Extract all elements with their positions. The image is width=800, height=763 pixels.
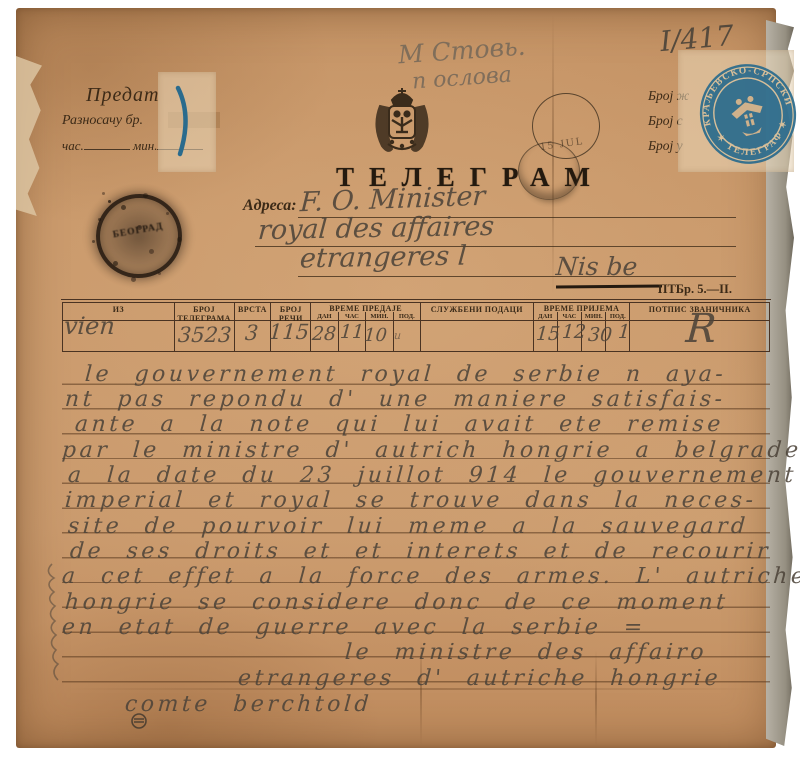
address-label: Адреса: (243, 197, 297, 215)
value-send-day: 28 (311, 323, 337, 345)
message-line-9: a cet effet a la force des armes. L' aut… (61, 564, 800, 589)
header-vrsta: ВРСТА (235, 303, 271, 321)
subheader-min: МИН. (365, 312, 392, 320)
coat-of-arms (368, 84, 436, 168)
message-line-4: par le ministre d' autrich hongrie a bel… (61, 438, 800, 463)
header-official-data: СЛУЖБЕНИ ПОДАЦИ (421, 303, 533, 321)
message-line-5: a la date du 23 juillot 914 le gouvernem… (67, 463, 798, 488)
field-raznosacu-br: Разносачу бр. (62, 113, 143, 129)
subheader-pod: ПОД. (393, 312, 420, 320)
value-telegram-no: 3523 (177, 323, 232, 347)
value-recv-min: 30 (587, 324, 613, 346)
form-code: ПТБр. 5.—II. (618, 282, 732, 297)
field-cas-label: час. (62, 138, 84, 153)
message-line-1: le gouvernement royal de serbie n aya- (84, 362, 727, 387)
message-line-3: ante a la note qui lui avait ete remise (74, 412, 725, 437)
official-signature-r: R (684, 306, 717, 352)
subheader-hour: ЧАС (338, 312, 365, 320)
subheader-day: ДАН (534, 312, 557, 320)
value-words: 115 (268, 320, 310, 344)
subheader-pod: ПОД. (605, 312, 629, 320)
message-line-14: comte berchtold (124, 692, 373, 717)
value-vrsta: 3 (244, 321, 259, 345)
value-send-pod: u (394, 329, 402, 342)
message-line-6: imperial et royal se trouve dans la nece… (64, 488, 757, 513)
value-send-hour: 11 (339, 321, 365, 343)
ink-speckles (108, 200, 111, 203)
field-min-label: мин. (133, 138, 158, 153)
subheader-min: МИН. (581, 312, 605, 320)
subheader-day: ДАН (311, 312, 337, 320)
address-rule-3 (298, 276, 736, 277)
value-recv-day: 15 (535, 323, 561, 345)
origin-handwriting: vien (63, 312, 116, 340)
margin-scribble-handwriting (40, 560, 62, 690)
header-telegram-no: БРОЈ ТЕЛЕГРАМА (175, 303, 234, 321)
header-recv-time: ВРЕМЕ ПРИЈЕМА (534, 303, 630, 312)
subheader-hour: ЧАС (557, 312, 581, 320)
header-send-time: ВРЕМЕ ПРЕДАЈЕ (311, 303, 420, 312)
archive-number-handwriting: I/417 (659, 19, 736, 58)
telegram-scan: Предат Разносачу бр. час. мин. Број ж Бр… (0, 0, 800, 763)
message-line-10: hongrie se considere donc de ce moment (64, 590, 729, 615)
belgrade-stamp-text: БЕОГРАД (99, 219, 178, 242)
message-line-7: site de pourvoir lui meme a la sauvegard (67, 514, 749, 539)
message-line-13: etrangeres d' autriche hongrie (237, 666, 722, 691)
value-recv-hour: 12 (561, 321, 587, 343)
message-line-2: nt pas repondu d' une maniere satisfais- (64, 387, 726, 412)
cas-rule (84, 138, 130, 150)
field-predat: Предат (86, 84, 159, 107)
address-handwriting-4: Nis be (555, 252, 638, 281)
header-words: БРОЈ РЕЧИ (271, 303, 310, 321)
value-send-min: 10 (363, 325, 387, 346)
blue-pen-mark (168, 82, 198, 162)
value-recv-pod: 1 (617, 321, 631, 343)
message-line-12: le ministre des affairo (344, 640, 708, 665)
address-handwriting-3: etrangeres l (299, 241, 468, 275)
message-line-8: de ses droits et et interets et de recou… (69, 539, 772, 564)
telegram-table: ИЗ БРОЈ ТЕЛЕГРАМА ВРСТА БРОЈ РЕЧИ ВРЕМЕ … (62, 302, 770, 352)
message-line-11: en etat de guerre avec la serbie = (61, 615, 647, 640)
col-official-data: СЛУЖБЕНИ ПОДАЦИ (420, 303, 533, 351)
